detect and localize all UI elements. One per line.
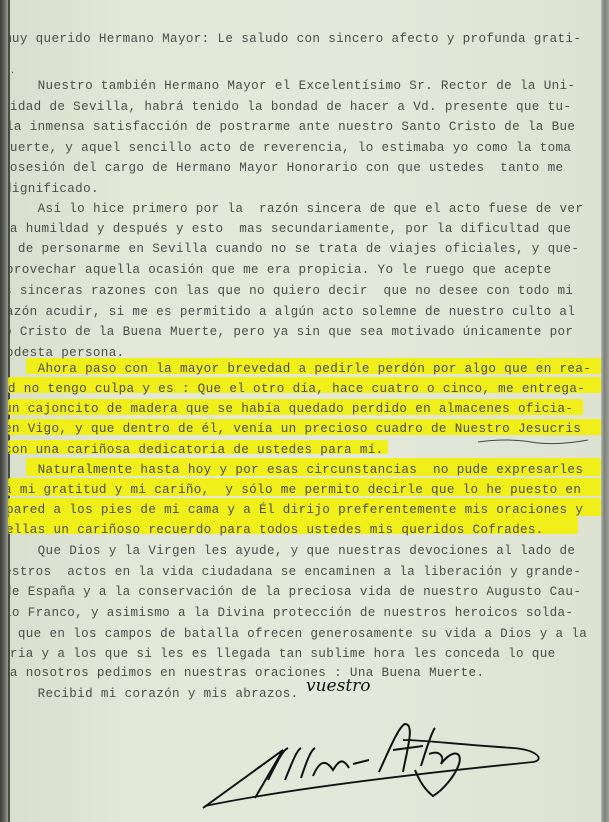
text-line: Muerte, y aquel sencillo acto de reveren…: [8, 139, 571, 157]
text-line-highlighted: Ahora paso con la mayor brevedad a pedir…: [8, 360, 591, 378]
text-line: muy querido Hermano Mayor: Le saludo con…: [8, 30, 581, 48]
text-line-highlighted: a mi gratitud y mi cariño, y sólo me per…: [8, 481, 581, 499]
text-line: Así lo hice primero por la razón sincera…: [8, 200, 583, 218]
text-line: o de personarme en Sevilla cuando no se …: [8, 240, 579, 258]
text-line-highlighted: ad no tengo culpa y es : Que el otro día…: [8, 380, 585, 398]
text-line: Recibid mi corazón y mis abrazos.: [8, 685, 299, 703]
text-line: ra humildad y después y esto mas secunda…: [8, 220, 571, 238]
text-line: Que Dios y la Virgen les ayude, y que nu…: [8, 542, 575, 560]
text-line: ra nosotros pedimos en nuestras oracione…: [8, 664, 484, 682]
text-line: lo Franco, y asimismo a la Divina protec…: [8, 604, 573, 622]
text-line: s que en los campos de batalla ofrecen g…: [8, 625, 587, 643]
right-page-edge: [601, 0, 609, 822]
text-line: tria y a los que si les es llegada tan s…: [8, 645, 556, 663]
text-line: Nuestro también Hermano Mayor el Excelen…: [8, 77, 575, 95]
signature: [193, 720, 563, 820]
text-line: aprovechar aquella ocasión que me era pr…: [8, 261, 552, 279]
text-line: sidad de Sevilla, habrá tenido la bondad…: [8, 98, 571, 116]
text-line-highlighted: con una cariñosa dedicatoria de ustedes …: [8, 441, 384, 459]
letter-page: muy querido Hermano Mayor: Le saludo con…: [8, 0, 601, 822]
letter-body: muy querido Hermano Mayor: Le saludo con…: [8, 0, 601, 822]
text-line: dignificado.: [8, 180, 99, 198]
text-line: de España y a la conservación de la prec…: [8, 583, 581, 601]
text-line: razón acudir, si me es permitido a algún…: [8, 303, 575, 321]
text-line-highlighted: un cajoncito de madera que se había qued…: [8, 400, 573, 418]
text-line: la inmensa satisfacción de postrarme ant…: [8, 118, 575, 136]
text-line: s sinceras razones con las que no quiero…: [8, 282, 573, 300]
text-line-highlighted: ellas un cariñoso recuerdo para todos us…: [8, 521, 544, 539]
text-line: o Cristo de la Buena Muerte, pero ya sin…: [8, 323, 573, 341]
text-line: posesión del cargo de Hermano Mayor Hono…: [8, 159, 563, 177]
text-line-highlighted: pared a los pies de mi cama y a Él dirij…: [8, 501, 583, 519]
text-line: estros actos en la vida ciudadana se enc…: [8, 563, 581, 581]
text-line-highlighted: Naturalmente hasta hoy y por esas circun…: [8, 461, 583, 479]
left-page-edge: [0, 0, 8, 822]
handwritten-underline: [476, 436, 591, 446]
handwritten-insertion: vuestro: [306, 676, 371, 696]
